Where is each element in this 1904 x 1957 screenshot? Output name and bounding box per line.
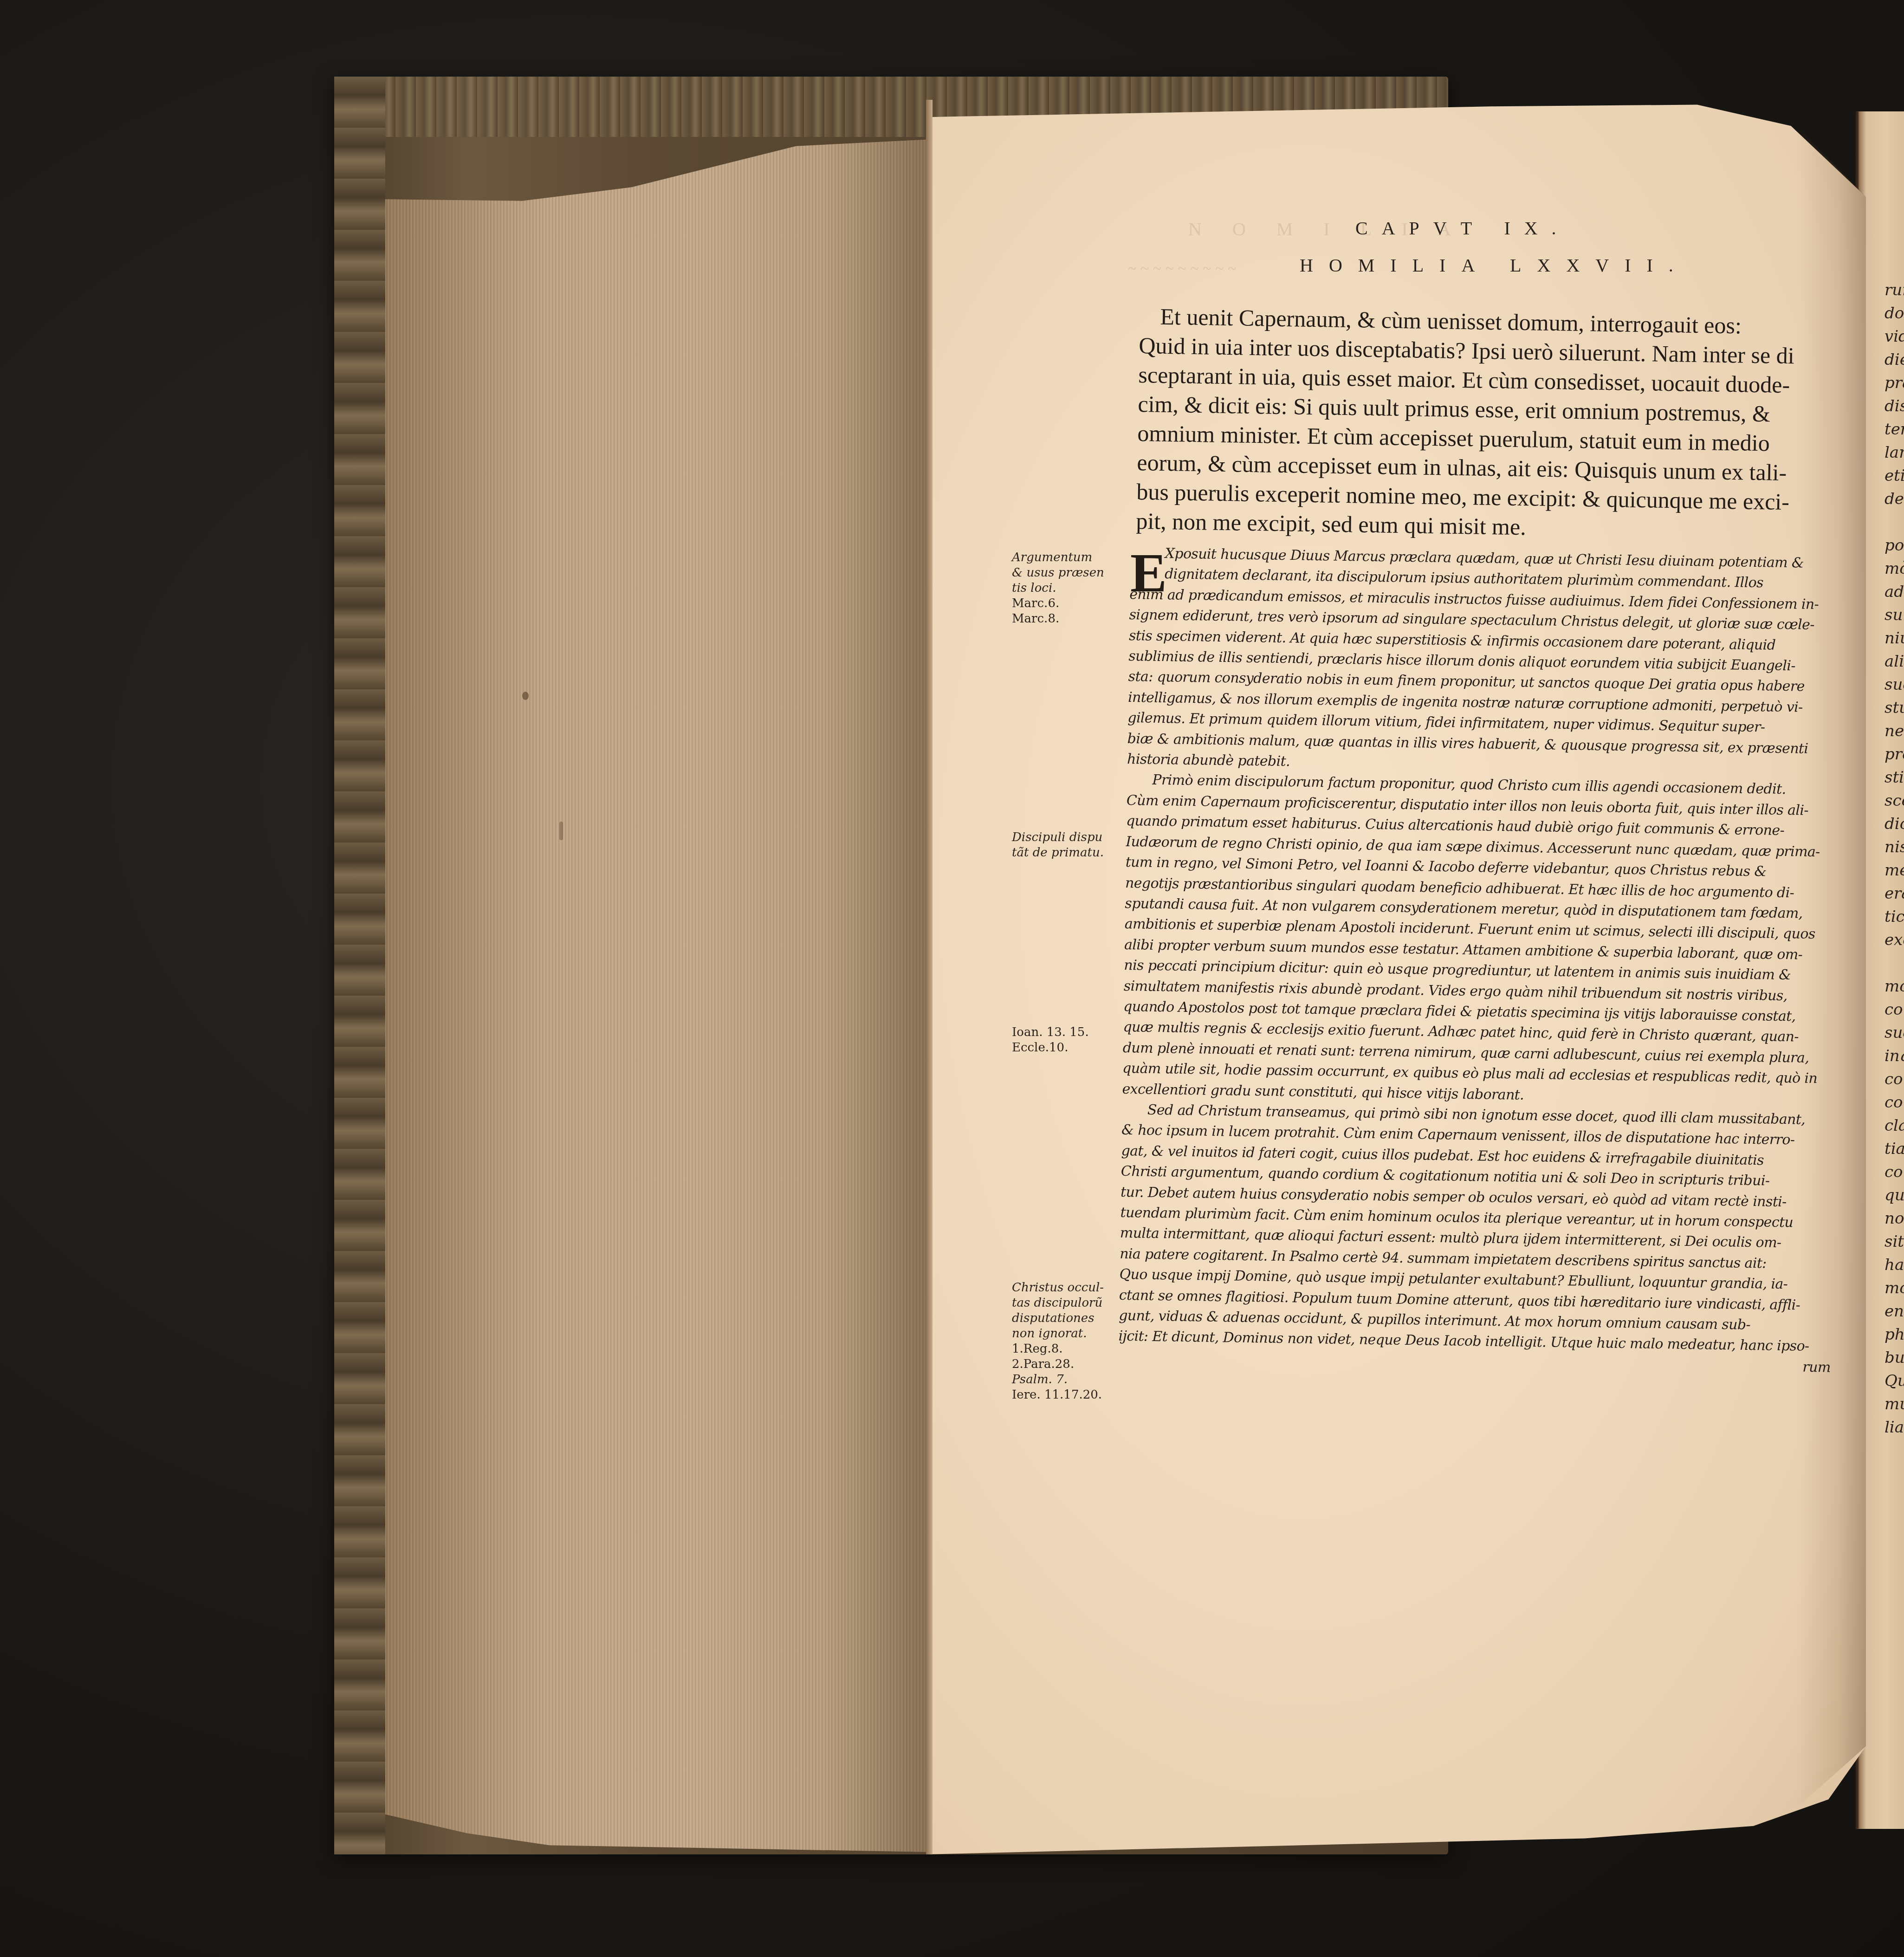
margin-note-line: Iere. 11.17.20. xyxy=(1012,1387,1128,1403)
facing-page-fragment: alib xyxy=(1885,650,1904,673)
cover-edge-strip xyxy=(334,77,385,1854)
facing-page-fragment: vide xyxy=(1885,325,1904,348)
facing-page-fragment: mò xyxy=(1885,557,1904,580)
margin-note-discipuli: Discipuli disputãt de primatu. xyxy=(1012,830,1128,861)
facing-page-fragment: do t xyxy=(1885,302,1904,325)
margin-note-line: Eccle.10. xyxy=(1012,1040,1128,1056)
scripture-passage: Et uenit Capernaum, & cùm uenisset domum… xyxy=(1136,302,1836,546)
facing-page-fragment xyxy=(1885,511,1904,534)
facing-page-fragment: era xyxy=(1885,882,1904,905)
facing-page-fragment: sum xyxy=(1885,603,1904,627)
margin-note-christus: Christus occul-tas discipulorũdisputatio… xyxy=(1012,1280,1128,1403)
margin-note-line: Christus occul- xyxy=(1012,1280,1128,1296)
facing-page-fragment: mo xyxy=(1885,1277,1904,1300)
facing-page-fragment: com xyxy=(1885,1068,1904,1091)
facing-page-fragment: pro xyxy=(1885,743,1904,766)
facing-page-fragment: rum xyxy=(1885,279,1904,302)
ink-spot xyxy=(522,692,529,700)
margin-note-references-ioan: Ioan. 13. 15.Eccle.10. xyxy=(1012,1025,1128,1056)
margin-note-argumentum: Argumentum& usus præsentis loci.Marc.6.M… xyxy=(1012,550,1128,627)
margin-note-line: 2.Para.28. xyxy=(1012,1357,1128,1372)
facing-page-fragment: met xyxy=(1885,859,1904,882)
facing-page-fragment: phi xyxy=(1885,1323,1904,1346)
facing-page-fragment: eni xyxy=(1885,1300,1904,1323)
facing-page-fragment: sit: xyxy=(1885,1230,1904,1253)
margin-note-line: Marc.8. xyxy=(1012,611,1128,627)
text-block-page-edges xyxy=(385,139,933,1852)
facing-page-fragment: det xyxy=(1885,487,1904,511)
margin-note-line: tas discipulorũ xyxy=(1012,1296,1128,1311)
chapter-heading: CAPVT IX. xyxy=(1355,217,1727,239)
margin-note-line: Ioan. 13. 15. xyxy=(1012,1025,1128,1040)
facing-page-fragment: tia xyxy=(1885,1137,1904,1160)
margin-note-line: tãt de primatu. xyxy=(1012,845,1128,861)
facing-page-fragment: nos xyxy=(1885,1207,1904,1230)
facing-page-fragment: nist xyxy=(1885,836,1904,859)
facing-page-fragment: suo xyxy=(1885,673,1904,696)
facing-page-fragment: dic xyxy=(1885,812,1904,836)
facing-page-fragment: stud xyxy=(1885,696,1904,719)
facing-page-fragment: stiu xyxy=(1885,766,1904,789)
facing-page-fragment: disp xyxy=(1885,395,1904,418)
facing-page-fragment: præ xyxy=(1885,371,1904,395)
margin-note-line: Discipuli dispu xyxy=(1012,830,1128,845)
facing-page-fragment: suo xyxy=(1885,1021,1904,1044)
facing-page-fragment: nes xyxy=(1885,719,1904,743)
facing-page-fragment: mu xyxy=(1885,1393,1904,1416)
facing-page-text-fragments: rumdo tvidedie prædisptemlarietiadet pon… xyxy=(1885,279,1904,1439)
facing-page-fragment: cla xyxy=(1885,1114,1904,1137)
facing-page-fragment xyxy=(1885,952,1904,975)
facing-page-fragment: etia xyxy=(1885,464,1904,487)
facing-page-fragment: tich xyxy=(1885,905,1904,928)
facing-page-fragment: mo xyxy=(1885,975,1904,998)
margin-note-line: Psalm. 7. xyxy=(1012,1372,1128,1387)
facing-page-fragment: con xyxy=(1885,1160,1904,1184)
facing-page-fragment: scen xyxy=(1885,789,1904,812)
page-left-edge xyxy=(926,100,933,1854)
homily-heading: HOMILIA LXXVII. xyxy=(1300,254,1764,276)
facing-page-fragment: pon xyxy=(1885,534,1904,557)
show-through-text: ~ ~ ~ ~ ~ ~ ~ ~ ~ xyxy=(1128,260,1237,278)
margin-note-line: disputationes xyxy=(1012,1311,1128,1326)
facing-page-fragment: niu xyxy=(1885,627,1904,650)
book-photograph: rumdo tvidedie prædisptemlarietiadet pon… xyxy=(0,0,1904,1957)
facing-page-fragment: tem xyxy=(1885,418,1904,441)
margin-note-line: non ignorat. xyxy=(1012,1326,1128,1341)
facing-page-fragment: ha xyxy=(1885,1253,1904,1277)
facing-page-fragment: con xyxy=(1885,1091,1904,1114)
margin-note-line: Argumentum xyxy=(1012,550,1128,565)
facing-page-fragment: exe xyxy=(1885,928,1904,952)
margin-note-line: 1.Reg.8. xyxy=(1012,1341,1128,1357)
facing-page-fragment: inq xyxy=(1885,1044,1904,1068)
facing-page-fragment: lari xyxy=(1885,441,1904,464)
margin-note-line: & usus præsen xyxy=(1012,565,1128,581)
facing-page-fragment: Qu xyxy=(1885,1369,1904,1393)
commentary-text: Xposuit hucusque Diuus Marcus præclara q… xyxy=(1118,543,1847,1378)
facing-page-fragment: qu xyxy=(1885,1184,1904,1207)
margin-note-line: tis loci. xyxy=(1012,581,1128,596)
facing-page-fragment: die xyxy=(1885,348,1904,371)
facing-page-fragment: ad xyxy=(1885,580,1904,603)
margin-note-line: Marc.6. xyxy=(1012,596,1128,611)
facing-page-fragment: lia xyxy=(1885,1416,1904,1439)
facing-page-fragment: con xyxy=(1885,998,1904,1021)
page-edge-mark xyxy=(559,822,563,840)
facing-page-fragment: bu xyxy=(1885,1346,1904,1369)
